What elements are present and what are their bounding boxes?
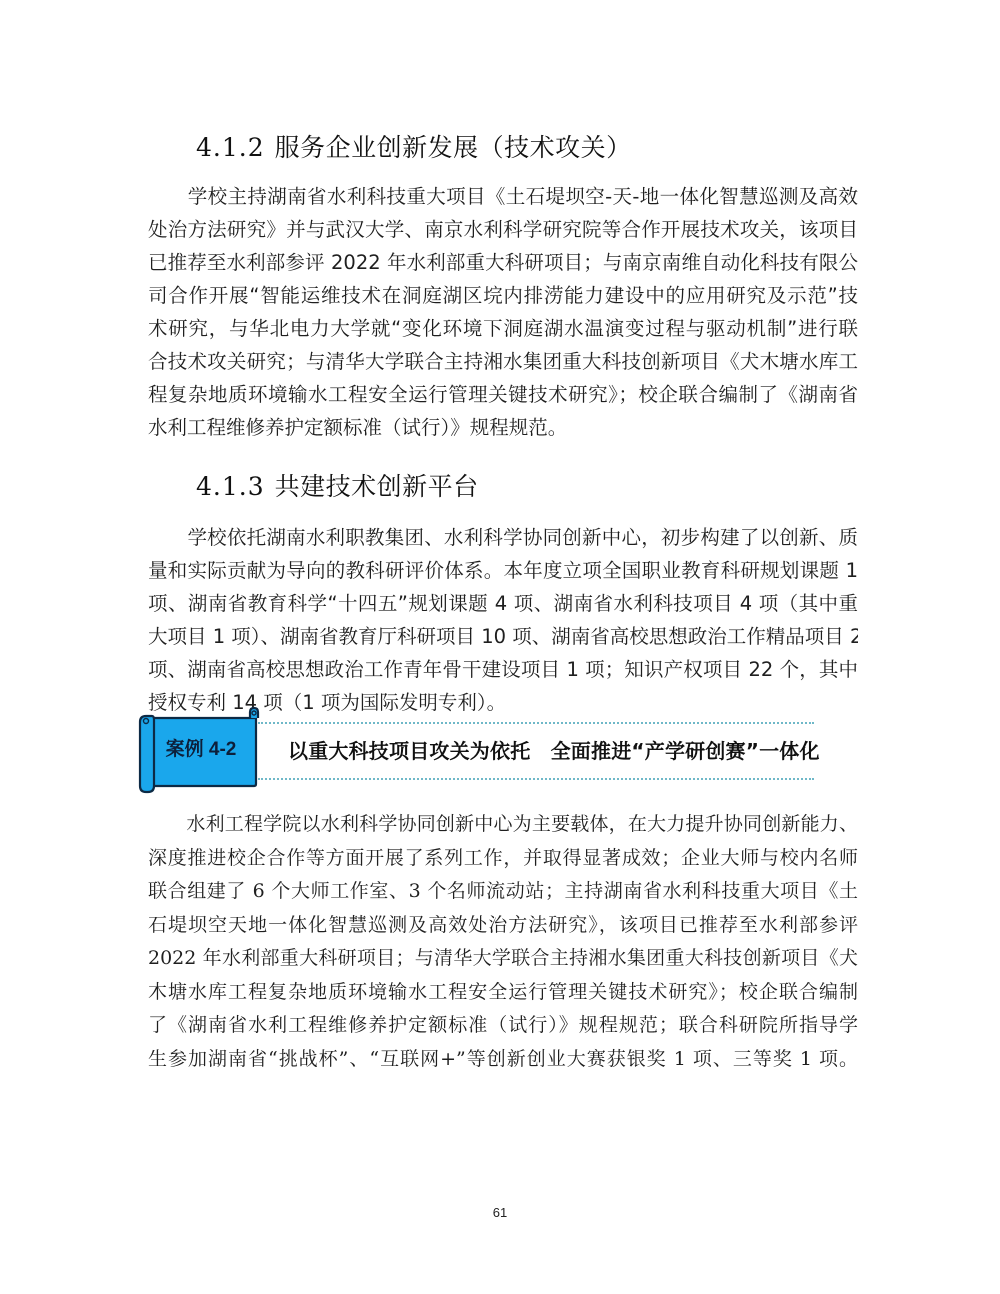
paragraph-line: 学校依托湖南水利职教集团、水利科学协同创新中心，初步构建了以创新、质 <box>148 521 858 554</box>
divider-bottom <box>258 778 814 780</box>
paragraph-line: 生参加湖南省“挑战杯”、“互联网+”等创新创业大赛获银奖 1 项、三等奖 1 项… <box>148 1043 858 1077</box>
paragraph-line: 深度推进校企合作等方面开展了系列工作，并取得显著成效；企业大师与校内名师 <box>148 842 858 876</box>
paragraph-line: 已推荐至水利部参评 2022 年水利部重大科研项目；与南京南维自动化科技有限公 <box>148 246 858 279</box>
section-number: 4.1.2 <box>196 133 265 162</box>
section-title: 服务企业创新发展（技术攻关） <box>275 133 632 162</box>
section-heading-4-1-3: 4.1.3共建技术创新平台 <box>196 467 479 503</box>
paragraph-line: 大项目 1 项）、湖南省教育厅科研项目 10 项、湖南省高校思想政治工作精品项目… <box>148 620 858 653</box>
paragraph-line: 司合作开展“智能运维技术在洞庭湖区垸内排涝能力建设中的应用研究及示范”技 <box>148 279 858 312</box>
case-label: 案例 4-2 <box>150 734 252 761</box>
paragraph-line: 处治方法研究》并与武汉大学、南京水利科学研究院等合作开展技术攻关，该项目 <box>148 213 858 246</box>
case-title: 以重大科技项目攻关为依托 全面推进“产学研创赛”一体化 <box>288 735 820 764</box>
paragraph-line: 水利工程维修养护定额标准（试行）》规程规范。 <box>148 411 858 444</box>
section-4-1-3-paragraph: 学校依托湖南水利职教集团、水利科学协同创新中心，初步构建了以创新、质 量和实际贡… <box>148 521 858 719</box>
paragraph-line: 程复杂地质环境输水工程安全运行管理关键技术研究》；校企联合编制了《湖南省 <box>148 378 858 411</box>
paragraph-line: 学校主持湖南省水利科技重大项目《土石堤坝空-天-地一体化智慧巡测及高效 <box>148 180 858 213</box>
page-number: 61 <box>0 1205 1000 1220</box>
paragraph-line: 石堤坝空天地一体化智慧巡测及高效处治方法研究》，该项目已推荐至水利部参评 <box>148 909 858 943</box>
paragraph-line: 项、湖南省教育科学“十四五”规划课题 4 项、湖南省水利科技项目 4 项（其中重 <box>148 587 858 620</box>
case-paragraph: 水利工程学院以水利科学协同创新中心为主要载体，在大力提升协同创新能力、 深度推进… <box>148 808 858 1076</box>
section-title: 共建技术创新平台 <box>275 472 479 501</box>
paragraph-line: 合技术攻关研究；与清华大学联合主持湘水集团重大科技创新项目《犬木塘水库工 <box>148 345 858 378</box>
paragraph-line: 水利工程学院以水利科学协同创新中心为主要载体，在大力提升协同创新能力、 <box>148 808 858 842</box>
paragraph-line: 2022 年水利部重大科研项目；与清华大学联合主持湘水集团重大科技创新项目《犬 <box>148 942 858 976</box>
section-number: 4.1.3 <box>196 472 265 501</box>
divider-top <box>258 722 814 724</box>
paragraph-line: 联合组建了 6 个大师工作室、3 个名师流动站；主持湖南省水利科技重大项目《土 <box>148 875 858 909</box>
paragraph-line: 术研究，与华北电力大学就“变化环境下洞庭湖水温演变过程与驱动机制”进行联 <box>148 312 858 345</box>
paragraph-line: 量和实际贡献为导向的教科研评价体系。本年度立项全国职业教育科研规划课题 1 <box>148 554 858 587</box>
paragraph-line: 项、湖南省高校思想政治工作青年骨干建设项目 1 项；知识产权项目 22 个，其中 <box>148 653 858 686</box>
paragraph-line: 了《湖南省水利工程维修养护定额标准（试行）》规程规范；联合科研院所指导学 <box>148 1009 858 1043</box>
section-heading-4-1-2: 4.1.2服务企业创新发展（技术攻关） <box>196 128 632 164</box>
paragraph-line: 木塘水库工程复杂地质环境输水工程安全运行管理关键技术研究》；校企联合编制 <box>148 976 858 1010</box>
section-4-1-2-paragraph: 学校主持湖南省水利科技重大项目《土石堤坝空-天-地一体化智慧巡测及高效 处治方法… <box>148 180 858 444</box>
